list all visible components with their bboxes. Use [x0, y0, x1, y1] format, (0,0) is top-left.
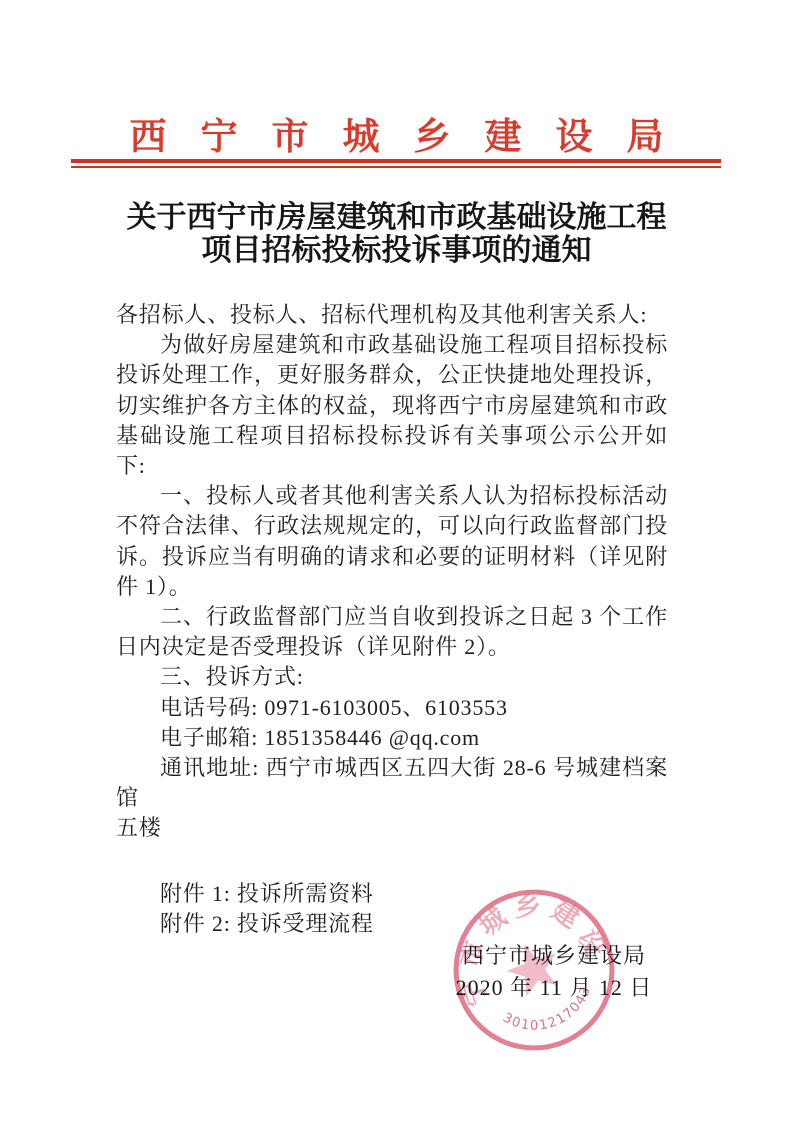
scanned-notice-page: 西宁市城乡建设局 关于西宁市房屋建筑和市政基础设施工程 项目招标投标投诉事项的通…: [0, 0, 793, 1122]
document-title-line1: 关于西宁市房屋建筑和市政基础设施工程: [0, 201, 793, 234]
letterhead-org-name: 西宁市城乡建设局: [0, 116, 793, 160]
paragraph-item-1: 一、投标人或者其他利害关系人认为招标投标活动不符合法律、行政法规规定的，可以向行…: [116, 481, 668, 602]
paragraph-item-3: 三、投诉方式:: [116, 662, 668, 692]
document-title-line2: 项目招标投标投诉事项的通知: [0, 234, 793, 267]
paragraph-intro: 为做好房屋建筑和市政基础设施工程项目招标投标投诉处理工作，更好服务群众，公正快捷…: [116, 330, 668, 481]
contact-email: 电子邮箱: 1851358446 @qq.com: [116, 723, 668, 753]
contact-phone: 电话号码: 0971-6103005、6103553: [116, 693, 668, 723]
signature-date: 2020 年 11 月 12 日: [424, 972, 684, 1004]
attachment-1: 附件 1: 投诉所需资料: [116, 879, 668, 909]
contact-address-line2: 五楼: [116, 813, 668, 843]
attachment-2: 附件 2: 投诉受理流程: [116, 909, 668, 939]
contact-address-line1: 通讯地址: 西宁市城西区五四大街 28-6 号城建档案馆: [116, 753, 668, 813]
document-title: 关于西宁市房屋建筑和市政基础设施工程 项目招标投标投诉事项的通知: [0, 201, 793, 267]
letterhead-double-rule: [71, 159, 721, 168]
signature-block: 西宁市城乡建设局 2020 年 11 月 12 日: [424, 940, 684, 1004]
salutation: 各招标人、投标人、招标代理机构及其他利害关系人:: [116, 300, 668, 330]
document-body: 各招标人、投标人、招标代理机构及其他利害关系人: 为做好房屋建筑和市政基础设施工…: [116, 300, 668, 939]
signature-org: 西宁市城乡建设局: [424, 940, 684, 972]
paragraph-item-2: 二、行政监督部门应当自收到投诉之日起 3 个工作日内决定是否受理投诉（详见附件 …: [116, 602, 668, 662]
